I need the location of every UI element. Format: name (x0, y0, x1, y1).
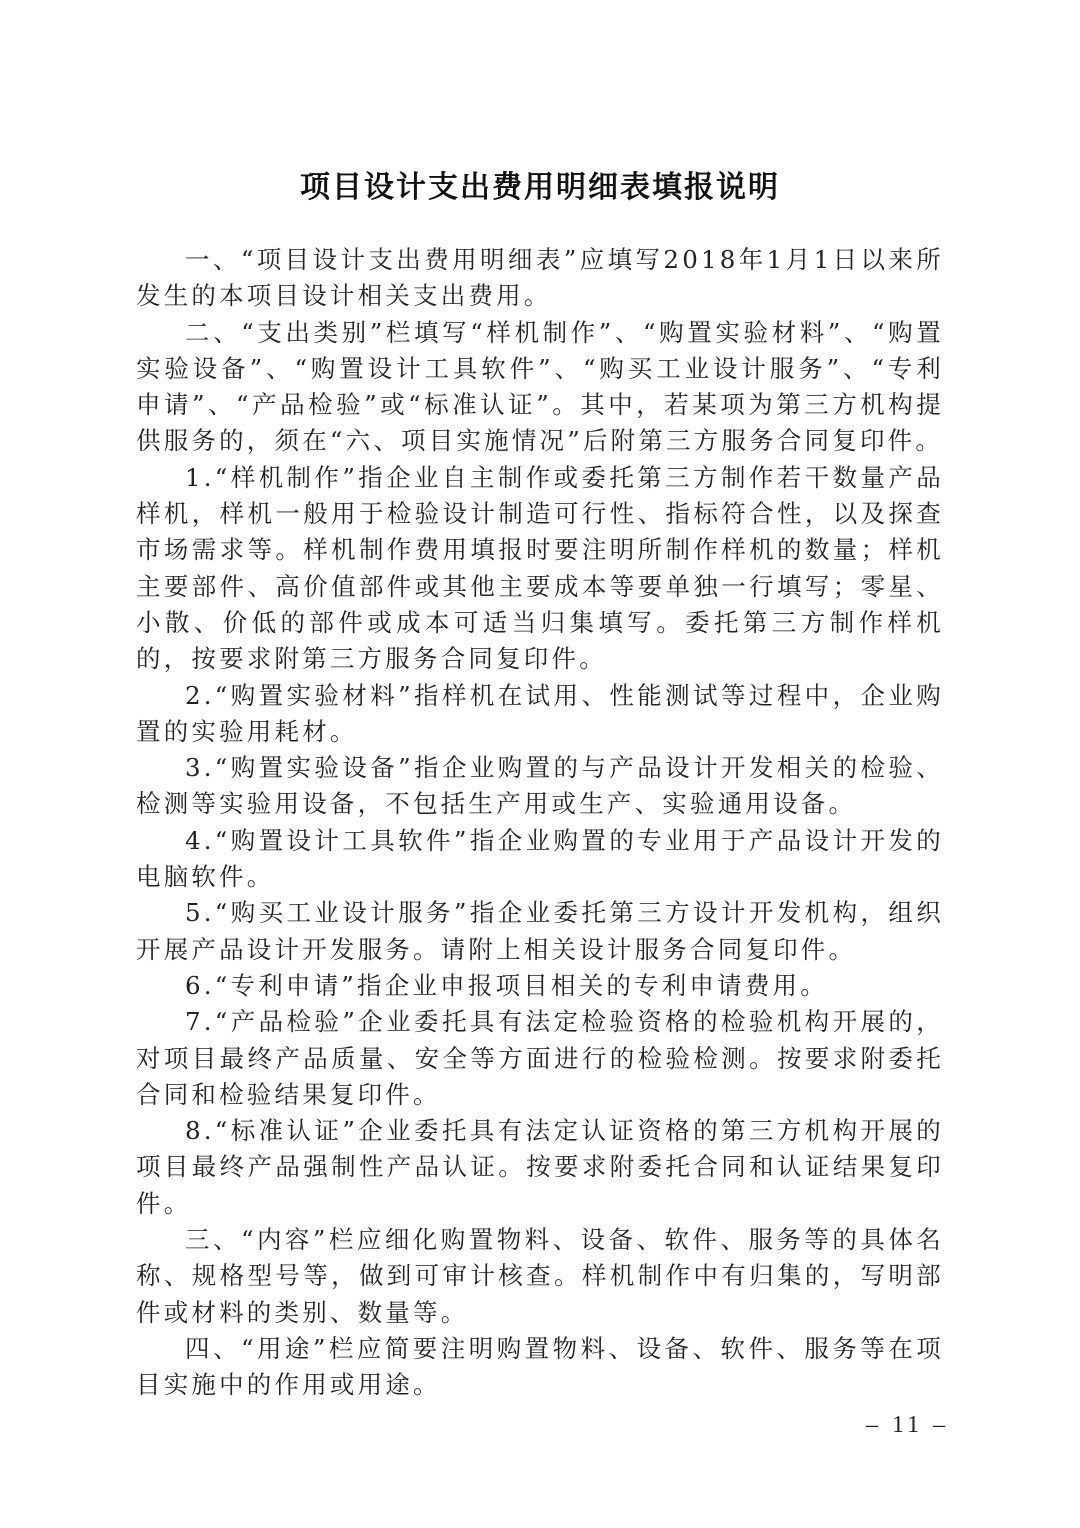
paragraph-section-4: 四、“用途”栏应简要注明购置物料、设备、软件、服务等在项目实施中的作用或用途。 (136, 1331, 944, 1404)
paragraph-item-1: 1.“样机制作”指企业自主制作或委托第三方制作若干数量产品样机，样机一般用于检验… (136, 460, 944, 678)
document-title: 项目设计支出费用明细表填报说明 (0, 166, 1080, 210)
paragraph-item-7: 7.“产品检验”企业委托具有法定检验资格的检验机构开展的，对项目最终产品质量、安… (136, 1004, 944, 1113)
paragraph-item-6: 6.“专利申请”指企业申报项目相关的专利申请费用。 (136, 968, 944, 1004)
paragraph-section-3: 三、“内容”栏应细化购置物料、设备、软件、服务等的具体名称、规格型号等，做到可审… (136, 1222, 944, 1331)
paragraph-item-5: 5.“购买工业设计服务”指企业委托第三方设计开发机构，组织开展产品设计开发服务。… (136, 895, 944, 968)
paragraph-section-1: 一、“项目设计支出费用明细表”应填写2018年1月1日以来所发生的本项目设计相关… (136, 242, 944, 315)
paragraph-item-2: 2.“购置实验材料”指样机在试用、性能测试等过程中，企业购置的实验用耗材。 (136, 678, 944, 751)
document-body: 一、“项目设计支出费用明细表”应填写2018年1月1日以来所发生的本项目设计相关… (136, 242, 944, 1404)
paragraph-item-3: 3.“购置实验设备”指企业购置的与产品设计开发相关的检验、检测等实验用设备，不包… (136, 750, 944, 823)
paragraph-item-4: 4.“购置设计工具软件”指企业购置的专业用于产品设计开发的电脑软件。 (136, 823, 944, 896)
page-number: – 11 – (866, 1412, 949, 1439)
paragraph-item-8: 8.“标准认证”企业委托具有法定认证资格的第三方机构开展的项目最终产品强制性产品… (136, 1113, 944, 1222)
paragraph-section-2: 二、“支出类别”栏填写“样机制作”、“购置实验材料”、“购置实验设备”、“购置设… (136, 315, 944, 460)
